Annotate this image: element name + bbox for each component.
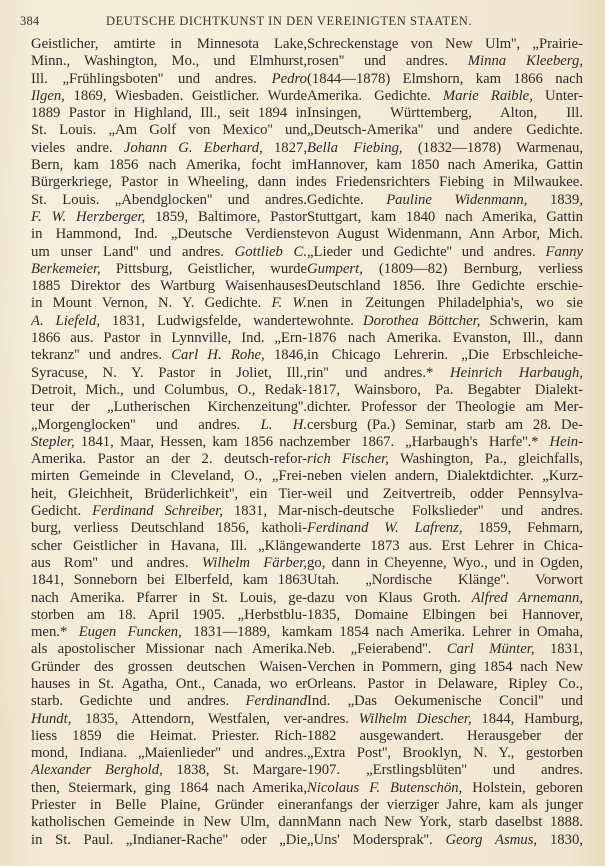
text-run: kam 1854 nach Amerika. Lehrer in Omaha,: [307, 624, 583, 640]
person-name: Nicolaus F. Butenschön,: [307, 780, 462, 796]
text-run: Minn., Washington, Mo., und Elmhurst,: [31, 53, 307, 69]
text-line: burg, verliess Deutschland 1856, katholi…: [31, 520, 307, 537]
person-name: Eugen Funcken,: [79, 624, 182, 640]
text-line: Orleans. Pastor in Delaware, Ripley Co.,: [307, 676, 583, 693]
text-run: (1844—1878) Elmshorn, kam 1866 nach: [307, 71, 583, 87]
text-run: tekranz'' und andres.: [31, 347, 171, 363]
text-run: wanderte 1873 aus. Erst Lehrer in Chica-: [307, 538, 583, 554]
text-run: nisch-deutsche Folkslieder'' und andres.: [307, 503, 583, 519]
text-run: St. Louis. „Am Golf von Mexico'' und: [31, 122, 307, 138]
text-run: Gedichte.: [307, 192, 386, 208]
text-line: zember 1867. „Harbaugh's Harfe''.* Hein-: [307, 434, 583, 451]
person-name: Wilhelm Färber,: [202, 555, 307, 571]
text-line: 1907. „Erstlingsblüten'' und andres.: [307, 762, 583, 779]
text-line: Neb. „Feierabend''. Carl Münter, 1831,: [307, 641, 583, 658]
person-name: A. Liefeld,: [31, 313, 100, 329]
text-line: weil und Zeitvertreib, odder Pennsylva-: [307, 486, 583, 503]
text-run: 1841, Sonneborn bei Elberfeld, kam 1863: [31, 572, 307, 588]
text-line: „Lieder und Gedichte'' und andres. Fanny: [307, 244, 583, 261]
text-run: 1838, St. Margare-: [163, 762, 307, 778]
person-name: rich Fischer,: [307, 451, 389, 467]
person-name: Ferdinand: [246, 693, 307, 709]
text-run: „Extra Post'', Brooklyn, N. Y., gestorbe…: [307, 745, 583, 761]
person-name: Minna Kleeberg,: [468, 53, 583, 69]
person-name: Hundt,: [31, 711, 71, 727]
person-name: Johann G. Eberhard,: [124, 140, 263, 156]
text-run: storben am 18. April 1905. „Herbstblu-: [31, 607, 307, 623]
text-line: tekranz'' und andres. Carl H. Rohe, 1846…: [31, 347, 307, 364]
text-line: storben am 18. April 1905. „Herbstblu-: [31, 607, 307, 624]
text-run: 1830,: [537, 832, 583, 848]
text-line: Hundt, 1835, Attendorn, Westfalen, ver-: [31, 711, 307, 728]
text-run: 1844, Hamburg,: [472, 711, 583, 727]
text-run: 1831, Mar-: [223, 503, 307, 519]
person-name: L. H.: [261, 417, 307, 433]
text-line: starb. Gedichte und andres. Ferdinand: [31, 693, 307, 710]
text-run: Holstein, geboren: [462, 780, 583, 796]
text-run: nach Amerika. Pfarrer in St. Louis, ge-: [31, 590, 307, 606]
text-line: heit, Gleichheit, Brüderlichkeit'', ein …: [31, 486, 307, 503]
text-run: „Lieder und Gedichte'' und andres.: [307, 244, 545, 260]
text-line: aus Rom'' und andres. Wilhelm Färber,: [31, 555, 307, 572]
text-line: St. Louis. „Abendglocken'' und andres.: [31, 192, 307, 209]
text-line: „Morgenglocken'' und andres. L. H.: [31, 417, 307, 434]
text-line: Gumpert, (1809—82) Bernburg, verliess: [307, 261, 583, 278]
text-line: Deutschland 1856. Ihre Gedichte erschie-: [307, 278, 583, 295]
text-run: (1832—1878) Warmenau,: [403, 140, 583, 156]
text-line: F. W. Herzberger, 1859, Baltimore, Pasto…: [31, 209, 307, 226]
text-line: nach Amerika. Pfarrer in St. Louis, ge-: [31, 590, 307, 607]
person-name: Marie Raible,: [443, 88, 533, 104]
text-line: scher Geistlicher in Havana, Ill. „Kläng…: [31, 538, 307, 555]
text-run: anfangs der vierziger Jahre, kam als jun…: [307, 797, 583, 813]
text-line: Insingen, Württemberg, Alton, Ill.: [307, 105, 583, 122]
text-run: 1846,: [265, 347, 307, 363]
text-line: Nicolaus F. Butenschön, Holstein, gebore…: [307, 780, 583, 797]
text-line: Verchen in Pommern, ging 1854 nach New: [307, 659, 583, 676]
text-run: Mann nach New York, starb daselbst 1888.: [307, 814, 583, 830]
text-run: andres.: [307, 711, 359, 727]
text-run: then, Steiermark, ging 1864 nach Amerika…: [31, 780, 307, 796]
page-number: 384: [20, 14, 39, 29]
text-run: 1876 nach Amerika. Evanston, Ill., dann: [307, 330, 583, 346]
text-run: Gedicht.: [31, 503, 92, 519]
person-name: Pedro: [272, 71, 307, 87]
text-line: um unser Land'' und andres. Gottlieb C.: [31, 244, 307, 261]
text-line: 1885 Direktor des Wartburg Waisenhauses: [31, 278, 307, 295]
text-run: 1835, Domaine Elbingen bei Hannover,: [307, 607, 583, 623]
text-run: Detroit, Mich., und Columbus, O., Redak-: [31, 382, 307, 398]
text-run: Ill. „Frühlingsboten'' und andres.: [31, 71, 272, 87]
text-line: 1841, Sonneborn bei Elberfeld, kam 1863: [31, 572, 307, 589]
text-run: Schwerin, kam: [480, 313, 583, 329]
text-line: Detroit, Mich., und Columbus, O., Redak-: [31, 382, 307, 399]
text-run: St. Louis. „Abendglocken'' und andres.: [31, 192, 307, 208]
text-run: Pittsburg, Geistlicher, wurde: [101, 261, 307, 277]
text-line: mond, Indiana. „Maienlieder'' und andres…: [31, 745, 307, 762]
text-line: Bern, kam 1856 nach Amerika, focht im: [31, 157, 307, 174]
text-run: weil und Zeitvertreib, odder Pennsylva-: [307, 486, 583, 502]
text-run: katholischen Gemeinde in New Ulm, dann: [31, 814, 307, 830]
text-line: in Hammond, Ind. „Deutsche Verdienste: [31, 226, 307, 243]
left-text-column: Geistlicher, amtirte in Minnesota Lake,M…: [31, 36, 307, 849]
text-line: dichter. Professor der Theologie am Mer-: [307, 399, 583, 416]
text-run: mirten Gemeinde in Cleveland, O., „Frei-: [31, 468, 307, 484]
text-line: kam 1854 nach Amerika. Lehrer in Omaha,: [307, 624, 583, 641]
text-run: Orleans. Pastor in Delaware, Ripley Co.,: [307, 676, 583, 692]
text-run: Neb. „Feierabend''.: [307, 641, 447, 657]
text-run: 1835, Attendorn, Westfalen, ver-: [71, 711, 307, 727]
text-line: St. Louis. „Am Golf von Mexico'' und: [31, 122, 307, 139]
text-line: wanderte 1873 aus. Erst Lehrer in Chica-: [307, 538, 583, 555]
person-name: Dorothea Böttcher,: [363, 313, 480, 329]
text-line: cersburg (Pa.) Seminar, starb am 28. De-: [307, 417, 583, 434]
text-line: 1876 nach Amerika. Evanston, Ill., dann: [307, 330, 583, 347]
text-run: 1859, Fehmarn,: [463, 520, 583, 536]
text-run: 1827,: [263, 140, 307, 156]
person-name: Alfred Arnemann,: [472, 590, 583, 606]
text-run: in St. Paul. „Indianer-Rache'' oder „Die: [31, 832, 307, 848]
text-line: 1866 aus. Pastor in Lynnville, Ind. „Ern…: [31, 330, 307, 347]
text-run: Utah. „Nordische Klänge''. Vorwort: [307, 572, 583, 588]
text-run: vieles andre.: [31, 140, 124, 156]
text-run: Syracuse, N. Y. Pastor in Joliet, Ill.,: [31, 365, 307, 381]
text-run: Unter-: [533, 88, 583, 104]
text-line: Utah. „Nordische Klänge''. Vorwort: [307, 572, 583, 589]
text-line: liess 1859 die Heimat. Priester. Rich-: [31, 728, 307, 745]
text-line: dazu von Klaus Groth. Alfred Arnemann,: [307, 590, 583, 607]
text-run: liess 1859 die Heimat. Priester. Rich-: [31, 728, 307, 744]
text-run: Stuttgart, kam 1840 nach Amerika, Gattin: [307, 209, 583, 225]
text-run: Schreckenstage von New Ulm'', „Prairie-: [307, 36, 583, 52]
text-line: 1889 Pastor in Highland, Ill., seit 1894…: [31, 105, 307, 122]
text-line: Bella Fiebing, (1832—1878) Warmenau,: [307, 140, 583, 157]
person-name: Hein-: [550, 434, 583, 450]
text-run: zember 1867. „Harbaugh's Harfe''.*: [307, 434, 550, 450]
text-line: then, Steiermark, ging 1864 nach Amerika…: [31, 780, 307, 797]
text-line: go, dann in Cheyenne, Wyo., und in Ogden…: [307, 555, 583, 572]
text-run: „Uns' Modersprak''.: [307, 832, 445, 848]
text-run: (1809—82) Bernburg, verliess: [363, 261, 583, 277]
text-run: Gründer des grossen deutschen Waisen-: [31, 659, 307, 675]
text-run: Amerika. Gedichte.: [307, 88, 443, 104]
text-run: 1859, Baltimore, Pastor: [145, 209, 307, 225]
text-run: in Hammond, Ind. „Deutsche Verdienste: [31, 226, 307, 242]
text-run: 1907. „Erstlingsblüten'' und andres.: [307, 762, 583, 778]
text-line: Syracuse, N. Y. Pastor in Joliet, Ill.,: [31, 365, 307, 382]
text-line: Amerika. Pastor an der 2. deutsch-refor-: [31, 451, 307, 468]
text-run: 1831, Ludwigsfelde, wanderte: [100, 313, 307, 329]
person-name: F. W.: [271, 295, 307, 311]
text-line: nisch-deutsche Folkslieder'' und andres.: [307, 503, 583, 520]
text-run: aus Rom'' und andres.: [31, 555, 202, 571]
text-line: des Friedensrichters Fiebing in Milwauke…: [307, 174, 583, 191]
person-name: Wilhelm Diescher,: [359, 711, 472, 727]
person-name: Heinrich Harbaugh,: [450, 365, 583, 381]
text-run: cersburg (Pa.) Seminar, starb am 28. De-: [307, 417, 583, 433]
text-line: Stepler, 1841, Maar, Hessen, kam 1856 na…: [31, 434, 307, 451]
text-run: wohnte.: [307, 313, 363, 329]
page-header: 384 DEUTSCHE DICHTKUNST IN DEN VEREINIGT…: [0, 14, 605, 30]
text-run: 1885 Direktor des Wartburg Waisenhauses: [31, 278, 307, 294]
text-run: scher Geistlicher in Havana, Ill. „Kläng…: [31, 538, 307, 554]
text-run: teur der „Lutherischen Kirchenzeitung''.: [31, 399, 307, 415]
text-run: 1869, Wiesbaden. Geistlicher. Wurde: [65, 88, 307, 104]
text-line: andres. Wilhelm Diescher, 1844, Hamburg,: [307, 711, 583, 728]
text-line: (1844—1878) Elmshorn, kam 1866 nach: [307, 71, 583, 88]
text-line: Bürgerkriege, Pastor in Wheeling, dann i…: [31, 174, 307, 191]
text-run: 1841, Maar, Hessen, kam 1856 nach: [75, 434, 307, 450]
text-run: um unser Land'' und andres.: [31, 244, 235, 260]
text-line: 1835, Domaine Elbingen bei Hannover,: [307, 607, 583, 624]
text-run: „Deutsch-Amerika'' und andere Gedichte.: [307, 122, 583, 138]
text-line: von August Widenmann, Ann Arbor, Mich.: [307, 226, 583, 243]
text-line: 1882 ausgewandert. Herausgeber der: [307, 728, 583, 745]
text-line: als apostolischer Missionar nach Amerika…: [31, 641, 307, 658]
text-run: 1831,: [535, 641, 584, 657]
person-name: Ferdinand W. Lafrenz,: [307, 520, 463, 536]
person-name: Ilgen,: [31, 88, 65, 104]
text-run: rosen'' und andres.: [307, 53, 468, 69]
text-run: Deutschland 1856. Ihre Gedichte erschie-: [307, 278, 583, 294]
text-line: Mann nach New York, starb daselbst 1888.: [307, 814, 583, 831]
text-run: Bern, kam 1856 nach Amerika, focht im: [31, 157, 307, 173]
person-name: Georg Asmus,: [445, 832, 537, 848]
text-run: go, dann in Cheyenne, Wyo., und in Ogden…: [307, 555, 583, 571]
text-run: Geistlicher, amtirte in Minnesota Lake,: [31, 36, 307, 52]
text-run: rin'' und andres.*: [307, 365, 450, 381]
text-line: Ind. „Das Oekumenische Concil'' und: [307, 693, 583, 710]
person-name: F. W. Herzberger,: [31, 209, 145, 225]
text-run: 1882 ausgewandert. Herausgeber der: [307, 728, 583, 744]
text-line: „Uns' Modersprak''. Georg Asmus, 1830,: [307, 832, 583, 849]
text-line: in Chicago Lehrerin. „Die Erbschleiche-: [307, 347, 583, 364]
person-name: Fanny: [545, 244, 583, 260]
text-run: men.*: [31, 624, 79, 640]
text-run: mond, Indiana. „Maienlieder'' und andres…: [31, 745, 307, 761]
text-line: „Extra Post'', Brooklyn, N. Y., gestorbe…: [307, 745, 583, 762]
text-run: Washington, Pa., gleichfalls,: [389, 451, 583, 467]
text-run: Priester in Belle Plaine, Gründer einer: [31, 797, 307, 813]
person-name: Gottlieb C.: [235, 244, 307, 260]
text-line: vieles andre. Johann G. Eberhard, 1827,: [31, 140, 307, 157]
text-run: starb. Gedichte und andres.: [31, 693, 246, 709]
text-line: rich Fischer, Washington, Pa., gleichfal…: [307, 451, 583, 468]
person-name: Berkemeier,: [31, 261, 101, 277]
text-line: wohnte. Dorothea Böttcher, Schwerin, kam: [307, 313, 583, 330]
text-run: burg, verliess Deutschland 1856, katholi…: [31, 520, 307, 536]
text-run: 1817, Wainsboro, Pa. Begabter Dialekt-: [307, 382, 583, 398]
text-line: Gedicht. Ferdinand Schreiber, 1831, Mar-: [31, 503, 307, 520]
text-line: Alexander Berghold, 1838, St. Margare-: [31, 762, 307, 779]
person-name: Carl Münter,: [447, 641, 535, 657]
text-line: 1817, Wainsboro, Pa. Begabter Dialekt-: [307, 382, 583, 399]
text-run: neben vielen andern, Dialektdichter. „Ku…: [307, 468, 583, 484]
text-run: Bürgerkriege, Pastor in Wheeling, dann i…: [31, 174, 307, 190]
text-line: Minn., Washington, Mo., und Elmhurst,: [31, 53, 307, 70]
text-run: dichter. Professor der Theologie am Mer-: [307, 399, 583, 415]
text-line: A. Liefeld, 1831, Ludwigsfelde, wanderte: [31, 313, 307, 330]
text-line: Priester in Belle Plaine, Gründer einer: [31, 797, 307, 814]
text-run: Hannover, kam 1850 nach Amerika, Gattin: [307, 157, 583, 173]
text-line: rin'' und andres.* Heinrich Harbaugh,: [307, 365, 583, 382]
text-run: „Morgenglocken'' und andres.: [31, 417, 261, 433]
text-run: Insingen, Württemberg, Alton, Ill.: [307, 105, 583, 121]
text-run: von August Widenmann, Ann Arbor, Mich.: [307, 226, 583, 242]
person-name: Ferdinand Schreiber,: [92, 503, 223, 519]
text-run: des Friedensrichters Fiebing in Milwauke…: [307, 174, 583, 190]
text-line: Stuttgart, kam 1840 nach Amerika, Gattin: [307, 209, 583, 226]
text-run: Ind. „Das Oekumenische Concil'' und: [307, 693, 583, 709]
person-name: Stepler,: [31, 434, 75, 450]
text-line: rosen'' und andres. Minna Kleeberg,: [307, 53, 583, 70]
text-run: 1866 aus. Pastor in Lynnville, Ind. „Ern…: [31, 330, 307, 346]
text-run: dazu von Klaus Groth.: [307, 590, 472, 606]
book-page: 384 DEUTSCHE DICHTKUNST IN DEN VEREINIGT…: [0, 0, 605, 866]
text-line: Gründer des grossen deutschen Waisen-: [31, 659, 307, 676]
text-line: anfangs der vierziger Jahre, kam als jun…: [307, 797, 583, 814]
text-run: hauses in St. Agatha, Ont., Canada, wo e…: [31, 676, 307, 692]
text-line: neben vielen andern, Dialektdichter. „Ku…: [307, 468, 583, 485]
text-line: Berkemeier, Pittsburg, Geistlicher, wurd…: [31, 261, 307, 278]
text-line: Gedichte. Pauline Widenmann, 1839,: [307, 192, 583, 209]
text-run: 1831—1889, kam: [182, 624, 307, 640]
text-line: in Mount Vernon, N. Y. Gedichte. F. W.: [31, 295, 307, 312]
text-line: Schreckenstage von New Ulm'', „Prairie-: [307, 36, 583, 53]
text-run: 1889 Pastor in Highland, Ill., seit 1894…: [31, 105, 307, 121]
right-text-column: Schreckenstage von New Ulm'', „Prairie-r…: [307, 36, 583, 849]
running-head: DEUTSCHE DICHTKUNST IN DEN VEREINIGTEN S…: [106, 14, 472, 29]
person-name: Alexander Berghold,: [31, 762, 163, 778]
text-run: nen in Zeitungen Philadelphia's, wo sie: [307, 295, 583, 311]
text-line: Ill. „Frühlingsboten'' und andres. Pedro: [31, 71, 307, 88]
text-run: in Mount Vernon, N. Y. Gedichte.: [31, 295, 271, 311]
text-line: „Deutsch-Amerika'' und andere Gedichte.: [307, 122, 583, 139]
text-run: als apostolischer Missionar nach Amerika…: [31, 641, 307, 657]
text-line: teur der „Lutherischen Kirchenzeitung''.: [31, 399, 307, 416]
text-line: Hannover, kam 1850 nach Amerika, Gattin: [307, 157, 583, 174]
person-name: Bella Fiebing,: [307, 140, 403, 156]
person-name: Carl H. Rohe,: [171, 347, 265, 363]
text-line: Geistlicher, amtirte in Minnesota Lake,: [31, 36, 307, 53]
text-run: Verchen in Pommern, ging 1854 nach New: [307, 659, 583, 675]
text-run: in Chicago Lehrerin. „Die Erbschleiche-: [307, 347, 583, 363]
text-line: men.* Eugen Funcken, 1831—1889, kam: [31, 624, 307, 641]
text-line: in St. Paul. „Indianer-Rache'' oder „Die: [31, 832, 307, 849]
text-run: Amerika. Pastor an der 2. deutsch-refor-: [31, 451, 307, 467]
text-line: nen in Zeitungen Philadelphia's, wo sie: [307, 295, 583, 312]
text-line: Amerika. Gedichte. Marie Raible, Unter-: [307, 88, 583, 105]
text-line: Ferdinand W. Lafrenz, 1859, Fehmarn,: [307, 520, 583, 537]
text-run: heit, Gleichheit, Brüderlichkeit'', ein …: [31, 486, 307, 502]
text-line: hauses in St. Agatha, Ont., Canada, wo e…: [31, 676, 307, 693]
person-name: Pauline Widenmann,: [386, 192, 527, 208]
text-run: 1839,: [527, 192, 583, 208]
text-line: mirten Gemeinde in Cleveland, O., „Frei-: [31, 468, 307, 485]
text-line: katholischen Gemeinde in New Ulm, dann: [31, 814, 307, 831]
person-name: Gumpert,: [307, 261, 363, 277]
text-line: Ilgen, 1869, Wiesbaden. Geistlicher. Wur…: [31, 88, 307, 105]
